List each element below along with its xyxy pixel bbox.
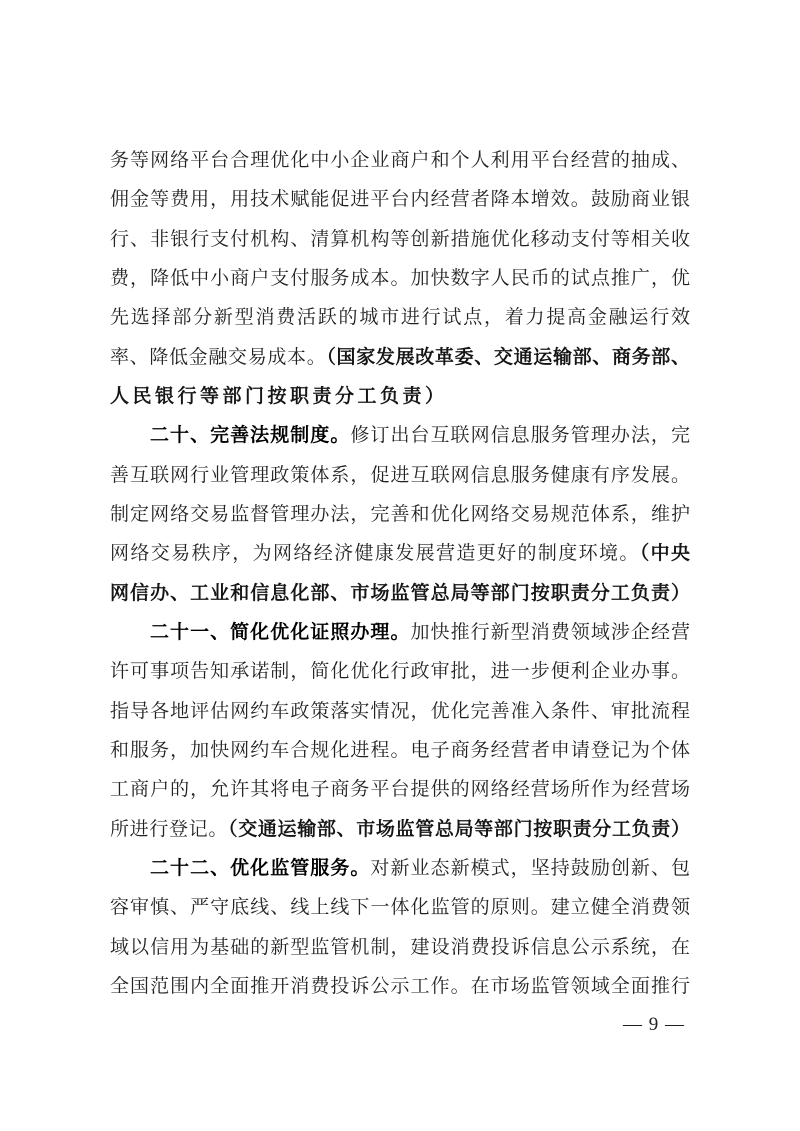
- document-page: 务等网络平台合理优化中小企业商户和个人利用平台经营的抽成、佣金等费用，用技术赋能…: [0, 0, 800, 1131]
- department-attribution: 人民银行等部门按职责分工负责）: [110, 386, 448, 407]
- text-line: 善互联网行业管理政策体系，促进互联网信息服务健康有序发展。: [110, 456, 690, 495]
- body-text: 制定网络交易监督管理办法，完善和优化网络交易规范体系，维护: [110, 504, 690, 525]
- body-text: 对新业态新模式，坚持鼓励创新、包: [370, 858, 690, 879]
- text-line: 网信办、工业和信息化部、市场监管总局等部门按职责分工负责）: [110, 574, 690, 613]
- text-line: 二十、完善法规制度。修订出台互联网信息服务管理办法，完: [110, 416, 690, 455]
- body-text: 率、降低金融交易成本。: [110, 347, 326, 368]
- body-text: 许可事项告知承诺制，简化优化行政审批，进一步便利企业办事。: [110, 661, 690, 682]
- text-line: 所进行登记。（交通运输部、市场监管总局等部门按职责分工负责）: [110, 810, 690, 849]
- body-text: 先选择部分新型消费活跃的城市进行试点，着力提高金融运行效: [110, 307, 690, 328]
- department-attribution: （交通运输部、市场监管总局等部门按职责分工负责）: [228, 819, 690, 840]
- text-line: 域以信用为基础的新型监管机制，建设消费投诉信息公示系统，在: [110, 928, 690, 967]
- document-body: 务等网络平台合理优化中小企业商户和个人利用平台经营的抽成、佣金等费用，用技术赋能…: [110, 141, 690, 1006]
- body-text: 务等网络平台合理优化中小企业商户和个人利用平台经营的抽成、: [110, 150, 690, 171]
- text-line: 行、非银行支付机构、清算机构等创新措施优化移动支付等相关收: [110, 220, 690, 259]
- text-line: 指导各地评估网约车政策落实情况，优化完善准入条件、审批流程: [110, 692, 690, 731]
- text-line: 先选择部分新型消费活跃的城市进行试点，着力提高金融运行效: [110, 298, 690, 337]
- text-line: 工商户的，允许其将电子商务平台提供的网络经营场所作为经营场: [110, 770, 690, 809]
- body-text: 修订出台互联网信息服务管理办法，完: [350, 425, 690, 446]
- text-line: 佣金等费用，用技术赋能促进平台内经营者降本增效。鼓励商业银: [110, 180, 690, 219]
- body-text: 费，降低中小商户支付服务成本。加快数字人民币的试点推广，优: [110, 268, 690, 289]
- text-line: 许可事项告知承诺制，简化优化行政审批，进一步便利企业办事。: [110, 652, 690, 691]
- body-text: 佣金等费用，用技术赋能促进平台内经营者降本增效。鼓励商业银: [110, 189, 690, 210]
- page-number: — 9 —: [623, 1005, 685, 1044]
- text-line: 网络交易秩序，为网络经济健康发展营造更好的制度环境。（中央: [110, 534, 690, 573]
- body-text: 全国范围内全面推开消费投诉公示工作。在市场监管领域全面推行: [110, 976, 690, 997]
- department-attribution: （中央: [640, 543, 690, 564]
- body-text: 加快推行新型消费领域涉企经营: [411, 622, 691, 643]
- body-text: 和服务，加快网约车合规化进程。电子商务经营者申请登记为个体: [110, 740, 690, 761]
- body-text: 所进行登记。: [110, 819, 228, 840]
- text-line: 容审慎、严守底线、线上线下一体化监管的原则。建立健全消费领: [110, 888, 690, 927]
- body-text: 域以信用为基础的新型监管机制，建设消费投诉信息公示系统，在: [110, 937, 690, 958]
- text-line: 人民银行等部门按职责分工负责）: [110, 377, 690, 416]
- section-heading: 二十一、简化优化证照办理。: [150, 621, 411, 643]
- section-heading: 二十、完善法规制度。: [150, 424, 350, 446]
- body-text: 行、非银行支付机构、清算机构等创新措施优化移动支付等相关收: [110, 229, 690, 250]
- body-text: 指导各地评估网约车政策落实情况，优化完善准入条件、审批流程: [110, 701, 690, 722]
- text-line: 二十一、简化优化证照办理。加快推行新型消费领域涉企经营: [110, 613, 690, 652]
- text-line: 全国范围内全面推开消费投诉公示工作。在市场监管领域全面推行: [110, 967, 690, 1006]
- text-line: 率、降低金融交易成本。（国家发展改革委、交通运输部、商务部、: [110, 338, 690, 377]
- department-attribution: （国家发展改革委、交通运输部、商务部、: [326, 347, 690, 368]
- text-line: 费，降低中小商户支付服务成本。加快数字人民币的试点推广，优: [110, 259, 690, 298]
- text-line: 制定网络交易监督管理办法，完善和优化网络交易规范体系，维护: [110, 495, 690, 534]
- text-line: 二十二、优化监管服务。对新业态新模式，坚持鼓励创新、包: [110, 849, 690, 888]
- body-text: 工商户的，允许其将电子商务平台提供的网络经营场所作为经营场: [110, 779, 690, 800]
- section-heading: 二十二、优化监管服务。: [150, 857, 370, 879]
- body-text: 容审慎、严守底线、线上线下一体化监管的原则。建立健全消费领: [110, 897, 690, 918]
- text-line: 务等网络平台合理优化中小企业商户和个人利用平台经营的抽成、: [110, 141, 690, 180]
- department-attribution: 网信办、工业和信息化部、市场监管总局等部门按职责分工负责）: [110, 583, 690, 604]
- text-line: 和服务，加快网约车合规化进程。电子商务经营者申请登记为个体: [110, 731, 690, 770]
- body-text: 网络交易秩序，为网络经济健康发展营造更好的制度环境。: [110, 543, 640, 564]
- body-text: 善互联网行业管理政策体系，促进互联网信息服务健康有序发展。: [110, 465, 690, 486]
